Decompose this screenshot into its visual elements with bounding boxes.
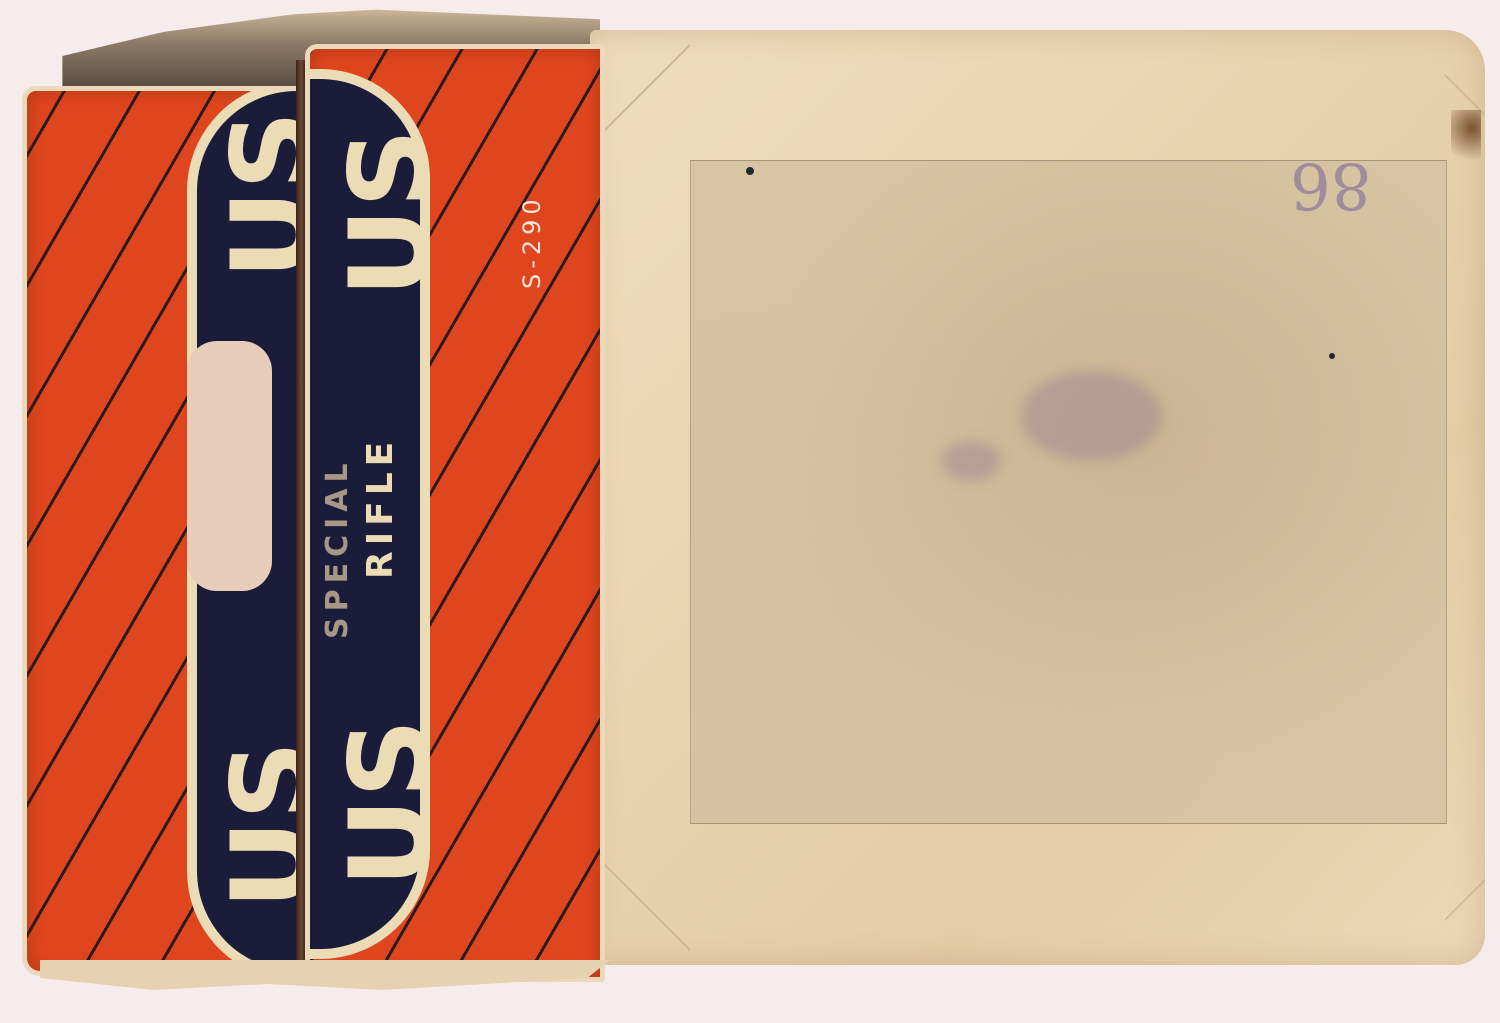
product-code: S-290 (518, 194, 546, 289)
recessed-panel (690, 160, 1447, 824)
special-text: SPECIAL (320, 457, 355, 639)
ink-stain (941, 441, 1001, 481)
box-corner-bevel (1445, 30, 1485, 160)
right-end-flap: US US SPECIAL RIFLE S-290 (305, 44, 605, 982)
photo-scene: 86 US US US US SPECIAL RIFLE S-290 (0, 0, 1500, 1023)
dirt-speck (746, 167, 754, 175)
box-corner-bevel (590, 835, 690, 965)
left-end-flap: US US (22, 86, 310, 976)
rifle-text: RIFLE (360, 436, 401, 579)
worn-paper-patch (187, 341, 272, 591)
box-corner-bevel (1445, 835, 1485, 965)
us-logo: US (207, 111, 310, 280)
torn-bottom-edge (40, 960, 610, 990)
dirt-speck (1329, 353, 1335, 359)
us-logo: US (325, 129, 453, 298)
us-logo: US (325, 719, 453, 888)
box-corner-bevel (590, 30, 690, 160)
cardboard-box-body: 86 (590, 30, 1485, 965)
handwritten-pencil-mark: 86 (1290, 148, 1371, 222)
navy-oval-label: US US SPECIAL RIFLE (310, 69, 430, 959)
ink-stain (1021, 371, 1161, 461)
us-logo: US (207, 741, 310, 910)
